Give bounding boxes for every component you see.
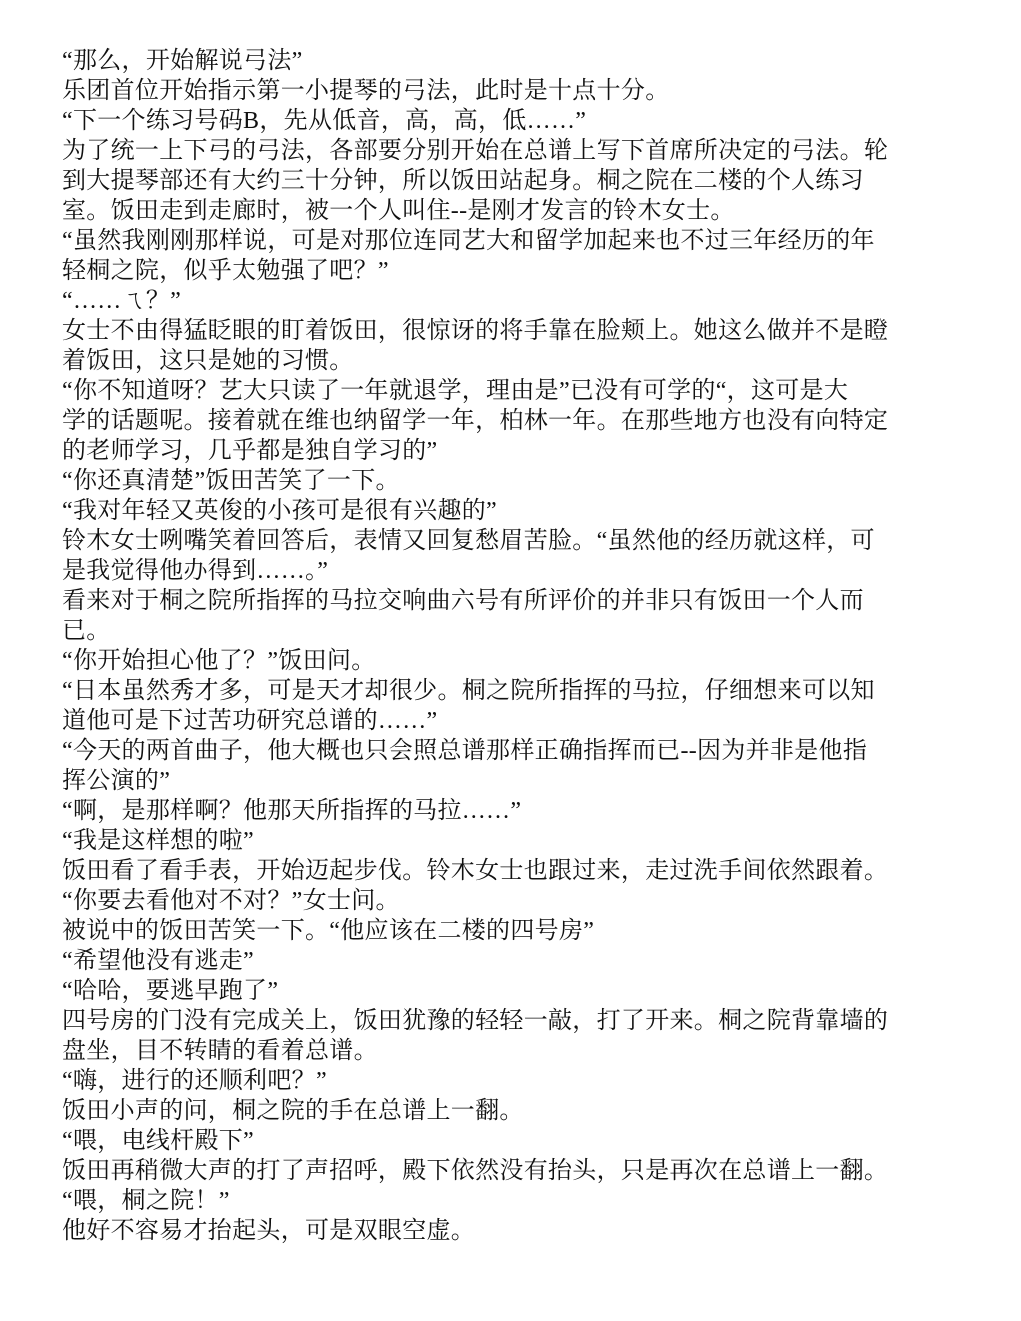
text-line: “日本虽然秀才多，可是天才却很少。桐之院所指挥的马拉，仔细想来可以知 xyxy=(62,676,981,706)
text-line: 乐团首位开始指示第一小提琴的弓法，此时是十点十分。 xyxy=(62,76,981,106)
text-line: “哈哈，要逃早跑了” xyxy=(62,976,981,1006)
text-line: “那么，开始解说弓法” xyxy=(62,46,981,76)
text-line: 轻桐之院，似乎太勉强了吧？” xyxy=(62,256,981,286)
text-line: “你开始担心他了？”饭田问。 xyxy=(62,646,981,676)
text-line: “你要去看他对不对？”女士问。 xyxy=(62,886,981,916)
text-line: 挥公演的” xyxy=(62,766,981,796)
novel-page: “那么，开始解说弓法”乐团首位开始指示第一小提琴的弓法，此时是十点十分。“下一个… xyxy=(0,0,1021,1321)
text-line: 铃木女士咧嘴笑着回答后，表情又回复愁眉苦脸。“虽然他的经历就这样，可 xyxy=(62,526,981,556)
text-line: 的老师学习，几乎都是独自学习的” xyxy=(62,436,981,466)
text-line: “嗨，进行的还顺利吧？” xyxy=(62,1066,981,1096)
text-line: “啊，是那样啊？他那天所指挥的马拉……” xyxy=(62,796,981,826)
text-line: 到大提琴部还有大约三十分钟，所以饭田站起身。桐之院在二楼的个人练习 xyxy=(62,166,981,196)
text-line: 室。饭田走到走廊时，被一个人叫住--是刚才发言的铃木女士。 xyxy=(62,196,981,226)
text-line: “你还真清楚”饭田苦笑了一下。 xyxy=(62,466,981,496)
text-line: 道他可是下过苦功研究总谱的……” xyxy=(62,706,981,736)
text-line: 饭田看了看手表，开始迈起步伐。铃木女士也跟过来，走过洗手间依然跟着。 xyxy=(62,856,981,886)
text-line: “虽然我刚刚那样说，可是对那位连同艺大和留学加起来也不过三年经历的年 xyxy=(62,226,981,256)
text-line: “下一个练习号码B，先从低音，高，高，低……” xyxy=(62,106,981,136)
text-line: 学的话题呢。接着就在维也纳留学一年，柏林一年。在那些地方也没有向特定 xyxy=(62,406,981,436)
text-line: 他好不容易才抬起头，可是双眼空虚。 xyxy=(62,1216,981,1246)
text-line: “我对年轻又英俊的小孩可是很有兴趣的” xyxy=(62,496,981,526)
text-line: “今天的两首曲子，他大概也只会照总谱那样正确指挥而已--因为并非是他指 xyxy=(62,736,981,766)
text-line: 看来对于桐之院所指挥的马拉交响曲六号有所评价的并非只有饭田一个人而 xyxy=(62,586,981,616)
text-line: 盘坐，目不转睛的看着总谱。 xyxy=(62,1036,981,1066)
text-line: “你不知道呀？艺大只读了一年就退学，理由是”已没有可学的“，这可是大 xyxy=(62,376,981,406)
text-line: 被说中的饭田苦笑一下。“他应该在二楼的四号房” xyxy=(62,916,981,946)
text-line: 着饭田，这只是她的习惯。 xyxy=(62,346,981,376)
text-line: “我是这样想的啦” xyxy=(62,826,981,856)
text-line: 饭田再稍微大声的打了声招呼，殿下依然没有抬头，只是再次在总谱上一翻。 xyxy=(62,1156,981,1186)
text-line: “……ㄟ？” xyxy=(62,286,981,316)
text-line: 四号房的门没有完成关上，饭田犹豫的轻轻一敲，打了开来。桐之院背靠墙的 xyxy=(62,1006,981,1036)
text-line: 女士不由得猛眨眼的盯着饭田，很惊讶的将手靠在脸颊上。她这么做并不是瞪 xyxy=(62,316,981,346)
text-line: “希望他没有逃走” xyxy=(62,946,981,976)
novel-text-block: “那么，开始解说弓法”乐团首位开始指示第一小提琴的弓法，此时是十点十分。“下一个… xyxy=(62,46,981,1246)
text-line: “喂，电线杆殿下” xyxy=(62,1126,981,1156)
text-line: 已。 xyxy=(62,616,981,646)
text-line: 是我觉得他办得到……。” xyxy=(62,556,981,586)
text-line: “喂，桐之院！” xyxy=(62,1186,981,1216)
text-line: 为了统一上下弓的弓法，各部要分别开始在总谱上写下首席所决定的弓法。轮 xyxy=(62,136,981,166)
text-line: 饭田小声的问，桐之院的手在总谱上一翻。 xyxy=(62,1096,981,1126)
